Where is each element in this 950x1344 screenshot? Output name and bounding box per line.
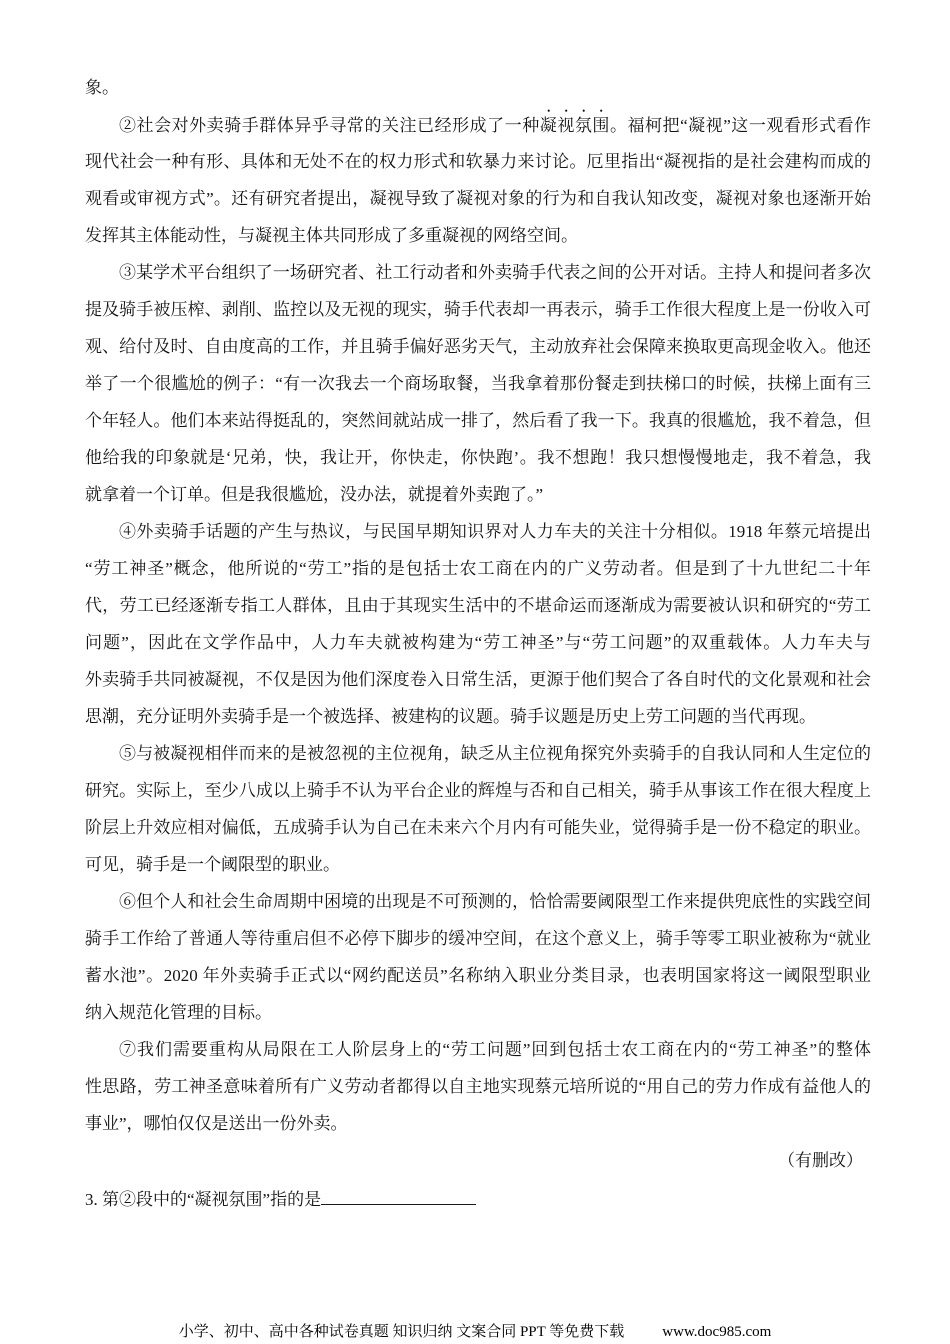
article-line: ③某学术平台组织了一场研究者、社工行动者和外卖骑手代表之间的公开对话。主持人和提…	[85, 254, 871, 291]
article-line: 现代社会一种有形、具体和无处不在的权力形式和软暴力来讨论。厄里指出“凝视指的是社…	[85, 143, 871, 180]
footer-promo-text: 小学、初中、高中各种试卷真题 知识归纳 文案合同 PPT 等免费下载	[179, 1324, 625, 1340]
article-line: 举了一个很尴尬的例子：“有一次我去一个商场取餐，当我拿着那份餐走到扶梯口的时候，…	[85, 365, 871, 402]
article-line: ⑤与被凝视相伴而来的是被忽视的主位视角，缺乏从主位视角探究外卖骑手的自我认同和人…	[85, 735, 871, 772]
answer-blank	[321, 1189, 476, 1205]
article-line: 提及骑手被压榨、剥削、监控以及无视的现实，骑手代表却一再表示，骑手工作很大程度上…	[85, 291, 871, 328]
article-line: 观看或审视方式”。还有研究者提出，凝视导致了凝视对象的行为和自我认知改变，凝视对…	[85, 180, 871, 217]
attribution-note: （有删改）	[85, 1142, 871, 1179]
article-line: 问题”，因此在文学作品中，人力车夫就被构建为“劳工神圣”与“劳工问题”的双重载体…	[85, 624, 871, 661]
article-text: 。福柯把“凝视”这一观看形式看作	[610, 116, 871, 135]
article-line: “劳工神圣”概念，他所说的“劳工”指的是包括士农工商在内的广义劳动者。但是到了十…	[85, 550, 871, 587]
emphasized-term: 凝视氛围	[540, 116, 610, 135]
question-3: 3. 第②段中的“凝视氛围”指的是	[85, 1181, 871, 1218]
document-page[interactable]: 象。 ②社会对外卖骑手群体异乎寻常的关注已经形成了一种凝视氛围。福柯把“凝视”这…	[0, 0, 950, 1344]
article-line: 代，劳工已经逐渐专指工人群体，且由于其现实生活中的不堪命运而逐渐成为需要被认识和…	[85, 587, 871, 624]
article-text: ②社会对外卖骑手群体异乎寻常的关注已经形成了一种	[119, 116, 540, 135]
article-line: 骑手工作给了普通人等待重启但不必停下脚步的缓冲空间，在这个意义上，骑手等零工职业…	[85, 920, 871, 957]
article-line: 研究。实际上，至少八成以上骑手不认为平台企业的辉煌与否和自己相关，骑手从事该工作…	[85, 772, 871, 809]
question-3-label: 3. 第②段中的“凝视氛围”指的是	[85, 1190, 321, 1209]
article-line: 观、给付及时、自由度高的工作，并且骑手偏好恶劣天气，主动放弃社会保障来换取更高现…	[85, 328, 871, 365]
article-line: ⑥但个人和社会生命周期中困境的出现是不可预测的，恰恰需要阈限型工作来提供兜底性的…	[85, 883, 871, 920]
article-line: 就拿着一个订单。但是我很尴尬，没办法，就提着外卖跑了。”	[85, 476, 871, 513]
article-line: 阶层上升效应相对偏低，五成骑手认为自己在未来六个月内有可能失业，觉得骑手是一份不…	[85, 809, 871, 846]
page-footer: 小学、初中、高中各种试卷真题 知识归纳 文案合同 PPT 等免费下载www.do…	[0, 1322, 950, 1342]
article-line: 思潮，充分证明外卖骑手是一个被选择、被建构的议题。骑手议题是历史上劳工问题的当代…	[85, 698, 871, 735]
article-line: ④外卖骑手话题的产生与热议，与民国早期知识界对人力车夫的关注十分相似。1918 …	[85, 513, 871, 550]
article-line: 事业”，哪怕仅仅是送出一份外卖。	[85, 1105, 871, 1142]
article-line: 性思路，劳工神圣意味着所有广义劳动者都得以自主地实现蔡元培所说的“用自己的劳力作…	[85, 1068, 871, 1105]
footer-url: www.doc985.com	[662, 1324, 771, 1340]
article-body: 象。 ②社会对外卖骑手群体异乎寻常的关注已经形成了一种凝视氛围。福柯把“凝视”这…	[85, 69, 871, 1218]
article-line: 个年轻人。他们本来站得挺乱的，突然间就站成一排了，然后看了我一下。我真的很尴尬，…	[85, 402, 871, 439]
article-line: 可见，骑手是一个阈限型的职业。	[85, 846, 871, 883]
article-line: 纳入规范化管理的目标。	[85, 994, 871, 1031]
article-line: ②社会对外卖骑手群体异乎寻常的关注已经形成了一种凝视氛围。福柯把“凝视”这一观看…	[85, 106, 871, 143]
article-line: 象。	[85, 69, 871, 106]
article-line: 他给我的印象就是‘兄弟，快，我让开，你快走，你快跑’。我不想跑！我只想慢慢地走，…	[85, 439, 871, 476]
article-line: 外卖骑手共同被凝视，不仅是因为他们深度卷入日常生活，更源于他们契合了各自时代的文…	[85, 661, 871, 698]
article-line: 蓄水池”。2020 年外卖骑手正式以“网约配送员”名称纳入职业分类目录，也表明国…	[85, 957, 871, 994]
article-line: ⑦我们需要重构从局限在工人阶层身上的“劳工问题”回到包括士农工商在内的“劳工神圣…	[85, 1031, 871, 1068]
article-line: 发挥其主体能动性，与凝视主体共同形成了多重凝视的网络空间。	[85, 217, 871, 254]
